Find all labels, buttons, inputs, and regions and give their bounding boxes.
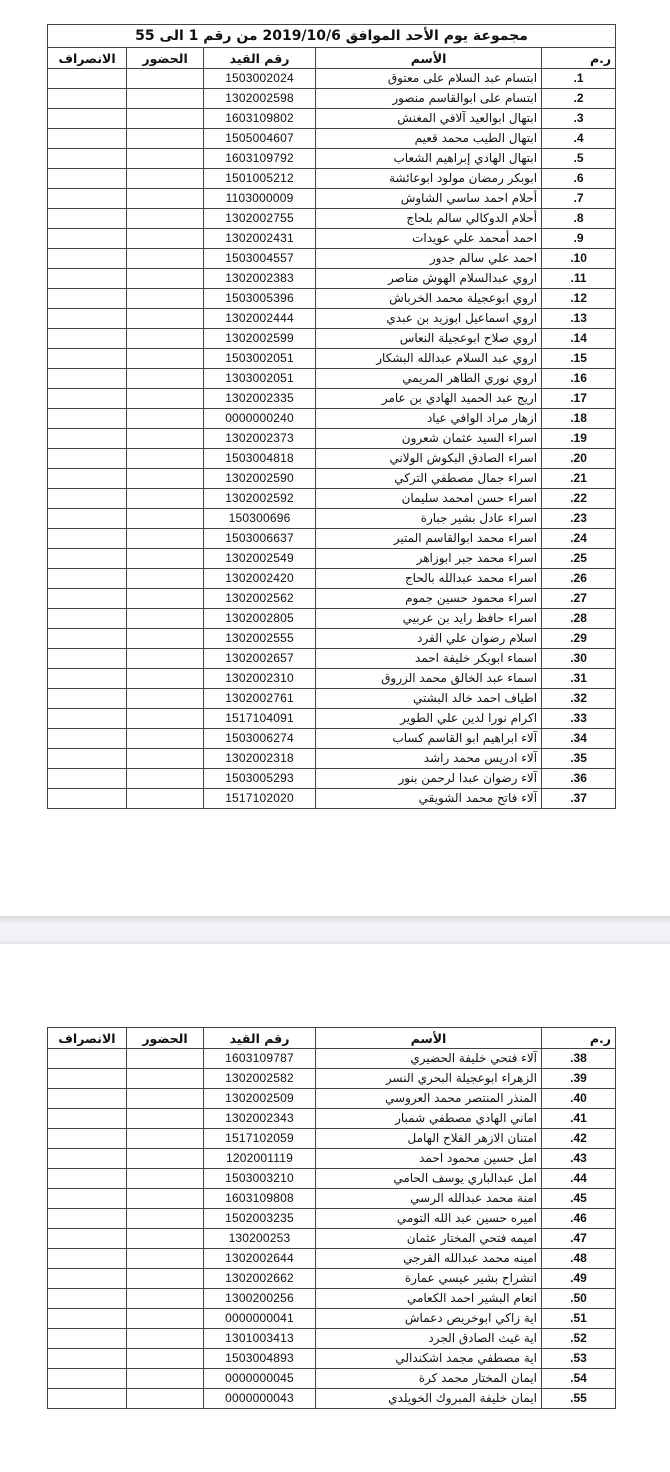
student-name: اية زاكي ابوخريص دعماش	[316, 1309, 542, 1329]
attendance-cell	[127, 1129, 204, 1149]
departure-cell	[48, 1389, 127, 1409]
departure-cell	[48, 589, 127, 609]
column-header-number: ر.م	[542, 48, 616, 69]
departure-cell	[48, 189, 127, 209]
attendance-cell	[127, 1049, 204, 1069]
student-name: اروي ابوعجيلة محمد الخرباش	[316, 289, 542, 309]
attendance-cell	[127, 1189, 204, 1209]
registration-id: 1302002318	[204, 749, 316, 769]
registration-id: 1517102059	[204, 1129, 316, 1149]
registration-id: 1301003413	[204, 1329, 316, 1349]
column-header-name: الأسم	[316, 1028, 542, 1049]
row-number: .16	[542, 369, 616, 389]
row-number: .44	[542, 1169, 616, 1189]
row-number: .22	[542, 489, 616, 509]
registration-id: 1302002582	[204, 1069, 316, 1089]
table-row: .49انشراح بشير عيسي عمارة1302002662	[48, 1269, 616, 1289]
table-row: .37آلاء فاتح محمد الشويقي1517102020	[48, 789, 616, 809]
student-name: اروي نوري الطاهر المريمي	[316, 369, 542, 389]
student-name: امل عبدالباري يوسف الحامي	[316, 1169, 542, 1189]
row-number: .6	[542, 169, 616, 189]
row-number: .33	[542, 709, 616, 729]
attendance-cell	[127, 1269, 204, 1289]
table-row: .22اسراء حسن امحمد سليمان1302002592	[48, 489, 616, 509]
row-number: .43	[542, 1149, 616, 1169]
attendance-cell	[127, 89, 204, 109]
registration-id: 1302002590	[204, 469, 316, 489]
row-number: .52	[542, 1329, 616, 1349]
student-name: احمد علي سالم جدور	[316, 249, 542, 269]
table-row: .27اسراء محمود حسين جموم1302002562	[48, 589, 616, 609]
row-number: .41	[542, 1109, 616, 1129]
table-body-2: .38آلاء فتحي خليفة الحضيري1603109787.39ا…	[48, 1049, 616, 1409]
student-name: آلاء فتحي خليفة الحضيري	[316, 1049, 542, 1069]
table-row: .39الزهراء ابوعجيلة البحري النسر13020025…	[48, 1069, 616, 1089]
table-row: .36آلاء رضوان عبدا لرحمن بنور1503005293	[48, 769, 616, 789]
registration-id: 1302002444	[204, 309, 316, 329]
student-name: اسراء حسن امحمد سليمان	[316, 489, 542, 509]
table-row: .3ابتهال ابوالعيد آلافي المغنش1603109802	[48, 109, 616, 129]
attendance-cell	[127, 1089, 204, 1109]
table-row: .54ايمان المختار محمد كرة0000000045	[48, 1369, 616, 1389]
registration-id: 1302002420	[204, 569, 316, 589]
registration-id: 1503003210	[204, 1169, 316, 1189]
student-name: اطياف احمد خالد البشتي	[316, 689, 542, 709]
registration-id: 0000000041	[204, 1309, 316, 1329]
row-number: .29	[542, 629, 616, 649]
registration-id: 1503006637	[204, 529, 316, 549]
table-row: .51اية زاكي ابوخريص دعماش0000000041	[48, 1309, 616, 1329]
registration-id: 1603109787	[204, 1049, 316, 1069]
attendance-cell	[127, 449, 204, 469]
departure-cell	[48, 289, 127, 309]
registration-id: 1302002310	[204, 669, 316, 689]
attendance-cell	[127, 409, 204, 429]
table-row: .26اسراء محمد عبدالله بالحاج1302002420	[48, 569, 616, 589]
student-name: اروي عبد السلام عبدالله البشكار	[316, 349, 542, 369]
attendance-cell	[127, 1369, 204, 1389]
departure-cell	[48, 1349, 127, 1369]
attendance-cell	[127, 1309, 204, 1329]
table-row: .10احمد علي سالم جدور1503004557	[48, 249, 616, 269]
departure-cell	[48, 1369, 127, 1389]
table-row: .41اماني الهادي مصطفي شمبار1302002343	[48, 1109, 616, 1129]
registration-id: 1302002598	[204, 89, 316, 109]
table-row: .2ابتسام على ابوالقاسم منصور1302002598	[48, 89, 616, 109]
registration-id: 1302002383	[204, 269, 316, 289]
table-row: .17اريج عبد الحميد الهادي بن عامر1302002…	[48, 389, 616, 409]
registration-id: 1503002051	[204, 349, 316, 369]
table-row: .43امل حسين محمود احمد1202001119	[48, 1149, 616, 1169]
registration-id: 0000000043	[204, 1389, 316, 1409]
registration-id: 1302002761	[204, 689, 316, 709]
departure-cell	[48, 649, 127, 669]
row-number: .21	[542, 469, 616, 489]
table-row: .46اميره حسين عبد الله التومي1502003235	[48, 1209, 616, 1229]
student-name: امينه محمد عبدالله الفرجي	[316, 1249, 542, 1269]
departure-cell	[48, 609, 127, 629]
table-row: .45امنة محمد عبدالله الرسي1603109808	[48, 1189, 616, 1209]
attendance-cell	[127, 689, 204, 709]
attendance-cell	[127, 569, 204, 589]
registration-id: 1302002555	[204, 629, 316, 649]
column-header-number: ر.م	[542, 1028, 616, 1049]
departure-cell	[48, 629, 127, 649]
departure-cell	[48, 1249, 127, 1269]
registration-id: 1505004607	[204, 129, 316, 149]
title-row: مجموعة يوم الأحد الموافق 2019/10/6 من رق…	[48, 25, 616, 48]
table-row: .34آلاء ابراهيم ابو القاسم كساب150300627…	[48, 729, 616, 749]
departure-cell	[48, 1309, 127, 1329]
student-name: آلاء ابراهيم ابو القاسم كساب	[316, 729, 542, 749]
departure-cell	[48, 409, 127, 429]
registration-id: 1503004818	[204, 449, 316, 469]
student-name: ازهار مراد الوافي عياد	[316, 409, 542, 429]
table-row: .38آلاء فتحي خليفة الحضيري1603109787	[48, 1049, 616, 1069]
registration-id: 1502003235	[204, 1209, 316, 1229]
student-name: الزهراء ابوعجيلة البحري النسر	[316, 1069, 542, 1089]
table-title: مجموعة يوم الأحد الموافق 2019/10/6 من رق…	[48, 25, 616, 48]
row-number: .36	[542, 769, 616, 789]
table-row: .44امل عبدالباري يوسف الحامي1503003210	[48, 1169, 616, 1189]
departure-cell	[48, 269, 127, 289]
student-name: اسراء جمال مصطفي التركي	[316, 469, 542, 489]
column-header-registration-id: رقم القيد	[204, 48, 316, 69]
departure-cell	[48, 349, 127, 369]
student-name: آلاء فاتح محمد الشويقي	[316, 789, 542, 809]
table-row: .21اسراء جمال مصطفي التركي1302002590	[48, 469, 616, 489]
registration-id: 1202001119	[204, 1149, 316, 1169]
row-number: .12	[542, 289, 616, 309]
attendance-cell	[127, 1289, 204, 1309]
student-name: ابتهال الهادي إبراهيم الشعاب	[316, 149, 542, 169]
attendance-cell	[127, 769, 204, 789]
row-number: .50	[542, 1289, 616, 1309]
table-row: .12اروي ابوعجيلة محمد الخرباش1503005396	[48, 289, 616, 309]
registration-id: 130200253	[204, 1229, 316, 1249]
departure-cell	[48, 529, 127, 549]
departure-cell	[48, 209, 127, 229]
departure-cell	[48, 169, 127, 189]
attendance-table-2: ر.م الأسم رقم القيد الحضور الانصراف .38آ…	[47, 1027, 616, 1409]
registration-id: 1302002755	[204, 209, 316, 229]
row-number: .32	[542, 689, 616, 709]
table-row: .50انعام البشير احمد الكعامي1300200256	[48, 1289, 616, 1309]
column-header-attendance: الحضور	[127, 48, 204, 69]
departure-cell	[48, 489, 127, 509]
row-number: .40	[542, 1089, 616, 1109]
row-number: .24	[542, 529, 616, 549]
student-name: آلاء رضوان عبدا لرحمن بنور	[316, 769, 542, 789]
registration-id: 1503006274	[204, 729, 316, 749]
registration-id: 1503004893	[204, 1349, 316, 1369]
row-number: .30	[542, 649, 616, 669]
table-row: .6ابوبكر رمضان مولود ابوعائشة1501005212	[48, 169, 616, 189]
table-row: .20اسراء الصادق البكوش الولاني1503004818	[48, 449, 616, 469]
table-row: .52اية غيث الصادق الجرد1301003413	[48, 1329, 616, 1349]
registration-id: 1302002343	[204, 1109, 316, 1129]
attendance-cell	[127, 349, 204, 369]
departure-cell	[48, 569, 127, 589]
student-name: اسراء حافظ رايد بن عربيي	[316, 609, 542, 629]
table-row: .25اسراء محمد جبر ابوزاهر1302002549	[48, 549, 616, 569]
attendance-cell	[127, 709, 204, 729]
registration-id: 0000000240	[204, 409, 316, 429]
student-name: أحلام الدوكالي سالم بلحاج	[316, 209, 542, 229]
student-name: ابوبكر رمضان مولود ابوعائشة	[316, 169, 542, 189]
student-name: المنذر المنتصر محمد العروسي	[316, 1089, 542, 1109]
row-number: .7	[542, 189, 616, 209]
student-name: اسراء الصادق البكوش الولاني	[316, 449, 542, 469]
table-row: .11اروي عبدالسلام الهوش مناصر1302002383	[48, 269, 616, 289]
departure-cell	[48, 109, 127, 129]
departure-cell	[48, 229, 127, 249]
student-name: اروي عبدالسلام الهوش مناصر	[316, 269, 542, 289]
departure-cell	[48, 669, 127, 689]
attendance-cell	[127, 1169, 204, 1189]
attendance-cell	[127, 1209, 204, 1229]
attendance-cell	[127, 1329, 204, 1349]
departure-cell	[48, 769, 127, 789]
row-number: .15	[542, 349, 616, 369]
document-page-2: ر.م الأسم رقم القيد الحضور الانصراف .38آ…	[0, 944, 670, 1472]
departure-cell	[48, 729, 127, 749]
registration-id: 1503002024	[204, 69, 316, 89]
table-row: .7أحلام احمد ساسي الشاوش1103000009	[48, 189, 616, 209]
row-number: .10	[542, 249, 616, 269]
document-page-1: مجموعة يوم الأحد الموافق 2019/10/6 من رق…	[0, 0, 670, 916]
student-name: ايمان المختار محمد كرة	[316, 1369, 542, 1389]
departure-cell	[48, 1269, 127, 1289]
attendance-cell	[127, 749, 204, 769]
table-row: .47اميمه فتحي المختار عثمان130200253	[48, 1229, 616, 1249]
student-name: ابتسام عبد السلام على معتوق	[316, 69, 542, 89]
table-row: .40المنذر المنتصر محمد العروسي1302002509	[48, 1089, 616, 1109]
departure-cell	[48, 689, 127, 709]
student-name: ابتهال ابوالعيد آلافي المغنش	[316, 109, 542, 129]
student-name: اسراء محمد ابوالقاسم المتير	[316, 529, 542, 549]
attendance-cell	[127, 669, 204, 689]
student-name: اكرام نورا لدين علي الطوير	[316, 709, 542, 729]
row-number: .19	[542, 429, 616, 449]
student-name: امنة محمد عبدالله الرسي	[316, 1189, 542, 1209]
row-number: .42	[542, 1129, 616, 1149]
attendance-cell	[127, 109, 204, 129]
departure-cell	[48, 1209, 127, 1229]
attendance-cell	[127, 549, 204, 569]
departure-cell	[48, 1189, 127, 1209]
table-body-1: .1ابتسام عبد السلام على معتوق1503002024.…	[48, 69, 616, 809]
departure-cell	[48, 1109, 127, 1129]
row-number: .1	[542, 69, 616, 89]
departure-cell	[48, 1169, 127, 1189]
row-number: .49	[542, 1269, 616, 1289]
row-number: .4	[542, 129, 616, 149]
page-separator	[0, 916, 670, 944]
departure-cell	[48, 1089, 127, 1109]
row-number: .47	[542, 1229, 616, 1249]
registration-id: 1300200256	[204, 1289, 316, 1309]
table-row: .33اكرام نورا لدين علي الطوير1517104091	[48, 709, 616, 729]
attendance-cell	[127, 1349, 204, 1369]
attendance-cell	[127, 389, 204, 409]
table-row: .14اروي صلاح ابوعجيلة النعاس1302002599	[48, 329, 616, 349]
registration-id: 1603109802	[204, 109, 316, 129]
student-name: اروي صلاح ابوعجيلة النعاس	[316, 329, 542, 349]
registration-id: 1302002662	[204, 1269, 316, 1289]
registration-id: 1103000009	[204, 189, 316, 209]
row-number: .35	[542, 749, 616, 769]
table-row: .1ابتسام عبد السلام على معتوق1503002024	[48, 69, 616, 89]
row-number: .31	[542, 669, 616, 689]
attendance-cell	[127, 1109, 204, 1129]
table-row: .29اسلام رضوان علي الفرد1302002555	[48, 629, 616, 649]
attendance-cell	[127, 129, 204, 149]
departure-cell	[48, 1069, 127, 1089]
row-number: .17	[542, 389, 616, 409]
attendance-cell	[127, 209, 204, 229]
attendance-cell	[127, 329, 204, 349]
table-row: .30اسماء ابوبكر خليفة احمد1302002657	[48, 649, 616, 669]
student-name: اميمه فتحي المختار عثمان	[316, 1229, 542, 1249]
row-number: .2	[542, 89, 616, 109]
attendance-cell	[127, 1069, 204, 1089]
attendance-cell	[127, 609, 204, 629]
table-row: .23اسراء عادل بشير جبارة150300696	[48, 509, 616, 529]
attendance-cell	[127, 229, 204, 249]
departure-cell	[48, 509, 127, 529]
row-number: .38	[542, 1049, 616, 1069]
row-number: .37	[542, 789, 616, 809]
column-header-departure: الانصراف	[48, 1028, 127, 1049]
student-name: ابتسام على ابوالقاسم منصور	[316, 89, 542, 109]
registration-id: 1302002431	[204, 229, 316, 249]
departure-cell	[48, 1049, 127, 1069]
student-name: اسراء السيد عثمان شعرون	[316, 429, 542, 449]
student-name: اسراء محمد عبدالله بالحاج	[316, 569, 542, 589]
column-header-registration-id: رقم القيد	[204, 1028, 316, 1049]
registration-id: 1302002562	[204, 589, 316, 609]
student-name: احمد أمحمد علي عويدات	[316, 229, 542, 249]
departure-cell	[48, 1149, 127, 1169]
row-number: .14	[542, 329, 616, 349]
attendance-cell	[127, 589, 204, 609]
attendance-cell	[127, 789, 204, 809]
departure-cell	[48, 789, 127, 809]
registration-id: 1517104091	[204, 709, 316, 729]
registration-id: 1603109808	[204, 1189, 316, 1209]
row-number: .5	[542, 149, 616, 169]
header-row: ر.م الأسم رقم القيد الحضور الانصراف	[48, 48, 616, 69]
attendance-cell	[127, 1229, 204, 1249]
attendance-cell	[127, 189, 204, 209]
row-number: .25	[542, 549, 616, 569]
registration-id: 1302002592	[204, 489, 316, 509]
attendance-cell	[127, 309, 204, 329]
student-name: اسماء ابوبكر خليفة احمد	[316, 649, 542, 669]
student-name: ابتهال الطيب محمد قعيم	[316, 129, 542, 149]
table-row: .53اية مصطفي مجمد اشكندالي1503004893	[48, 1349, 616, 1369]
departure-cell	[48, 1129, 127, 1149]
registration-id: 1503004557	[204, 249, 316, 269]
departure-cell	[48, 709, 127, 729]
student-name: انشراح بشير عيسي عمارة	[316, 1269, 542, 1289]
row-number: .27	[542, 589, 616, 609]
row-number: .48	[542, 1249, 616, 1269]
table-row: .13اروي اسماعيل ابوزيد بن عبدي1302002444	[48, 309, 616, 329]
attendance-cell	[127, 509, 204, 529]
row-number: .55	[542, 1389, 616, 1409]
registration-id: 1603109792	[204, 149, 316, 169]
departure-cell	[48, 309, 127, 329]
attendance-cell	[127, 249, 204, 269]
row-number: .3	[542, 109, 616, 129]
table-row: .31اسماء عبد الخالق محمد الزروق130200231…	[48, 669, 616, 689]
row-number: .34	[542, 729, 616, 749]
attendance-cell	[127, 529, 204, 549]
attendance-cell	[127, 1389, 204, 1409]
row-number: .9	[542, 229, 616, 249]
table-row: .35آلاء ادريس محمد راشد1302002318	[48, 749, 616, 769]
row-number: .26	[542, 569, 616, 589]
departure-cell	[48, 89, 127, 109]
table-row: .5ابتهال الهادي إبراهيم الشعاب1603109792	[48, 149, 616, 169]
table-row: .19اسراء السيد عثمان شعرون1302002373	[48, 429, 616, 449]
registration-id: 1302002509	[204, 1089, 316, 1109]
row-number: .53	[542, 1349, 616, 1369]
student-name: اية مصطفي مجمد اشكندالي	[316, 1349, 542, 1369]
registration-id: 1302002599	[204, 329, 316, 349]
registration-id: 1503005396	[204, 289, 316, 309]
attendance-cell	[127, 729, 204, 749]
student-name: انعام البشير احمد الكعامي	[316, 1289, 542, 1309]
departure-cell	[48, 429, 127, 449]
attendance-cell	[127, 69, 204, 89]
student-name: اسلام رضوان علي الفرد	[316, 629, 542, 649]
column-header-departure: الانصراف	[48, 48, 127, 69]
registration-id: 1302002805	[204, 609, 316, 629]
departure-cell	[48, 129, 127, 149]
table-row: .55ايمان خليفة المبروك الخويلدي000000004…	[48, 1389, 616, 1409]
departure-cell	[48, 69, 127, 89]
table-row: .28اسراء حافظ رايد بن عربيي1302002805	[48, 609, 616, 629]
registration-id: 0000000045	[204, 1369, 316, 1389]
attendance-cell	[127, 489, 204, 509]
attendance-cell	[127, 469, 204, 489]
departure-cell	[48, 389, 127, 409]
row-number: .39	[542, 1069, 616, 1089]
table-row: .32اطياف احمد خالد البشتي1302002761	[48, 689, 616, 709]
registration-id: 1501005212	[204, 169, 316, 189]
row-number: .51	[542, 1309, 616, 1329]
table-row: .48امينه محمد عبدالله الفرجي1302002644	[48, 1249, 616, 1269]
departure-cell	[48, 149, 127, 169]
row-number: .54	[542, 1369, 616, 1389]
row-number: .20	[542, 449, 616, 469]
departure-cell	[48, 549, 127, 569]
student-name: امتنان الازهر الفلاح الهامل	[316, 1129, 542, 1149]
departure-cell	[48, 449, 127, 469]
table-row: .18ازهار مراد الوافي عياد0000000240	[48, 409, 616, 429]
departure-cell	[48, 1229, 127, 1249]
registration-id: 1303002051	[204, 369, 316, 389]
header-row: ر.م الأسم رقم القيد الحضور الانصراف	[48, 1028, 616, 1049]
table-row: .15اروي عبد السلام عبدالله البشكار150300…	[48, 349, 616, 369]
departure-cell	[48, 749, 127, 769]
departure-cell	[48, 469, 127, 489]
attendance-cell	[127, 289, 204, 309]
attendance-cell	[127, 369, 204, 389]
